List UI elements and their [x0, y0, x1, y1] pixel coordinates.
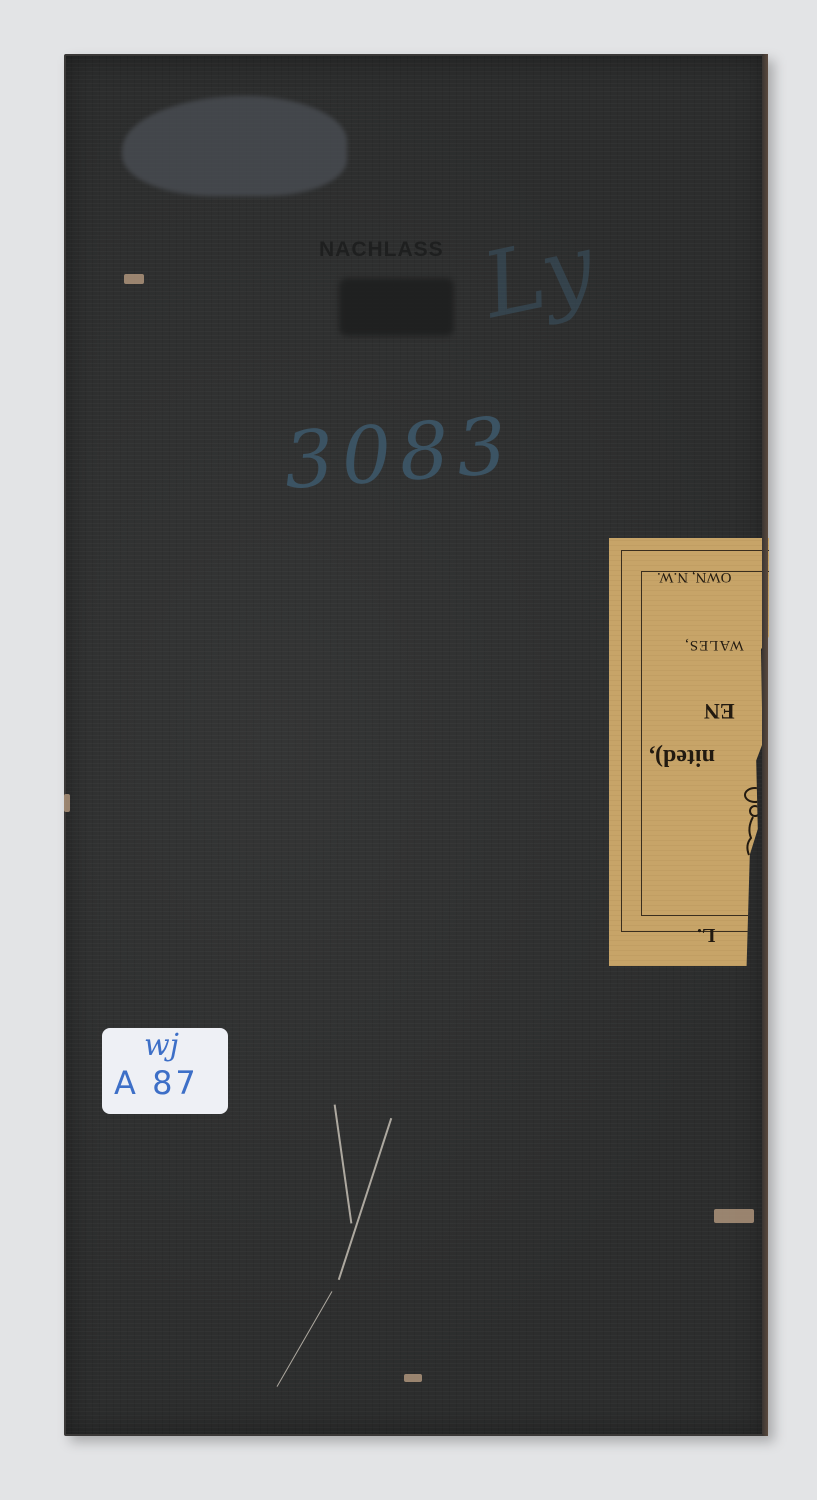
label-line-2: WALES,: [684, 636, 744, 653]
label-line-1: OWN, N.W.: [657, 568, 731, 585]
scratch-mark: [334, 1104, 353, 1223]
label-line-5: L.: [697, 923, 715, 946]
ink-stamp-smudge: [339, 278, 454, 336]
pencil-inventory-number: 3083: [281, 401, 517, 507]
merchant-label: OWN, N.W. WALES, EN nited), L.: [609, 538, 769, 966]
nachlass-stamp: NACHLASS: [319, 238, 444, 262]
panel-edge: [762, 54, 768, 1436]
wooden-panel-back: Ly NACHLASS 3083 OWN, N.W. WALES, EN nit…: [64, 54, 768, 1436]
paint-chip: [64, 794, 70, 812]
label-line-3: EN: [704, 698, 735, 724]
inventory-sticker: wj A 87: [102, 1028, 228, 1114]
scratch-mark: [277, 1291, 333, 1387]
sticker-code: A 87: [114, 1064, 199, 1102]
faint-pencil-scribble: Ly: [474, 214, 602, 339]
grey-paint-patch: [122, 96, 347, 196]
paint-chip: [404, 1374, 422, 1382]
paint-chip: [124, 274, 144, 284]
ornament-icon: [737, 783, 765, 863]
label-line-4: nited),: [649, 743, 715, 770]
paint-chip: [714, 1209, 754, 1223]
sticker-initials: wj: [144, 1028, 179, 1063]
